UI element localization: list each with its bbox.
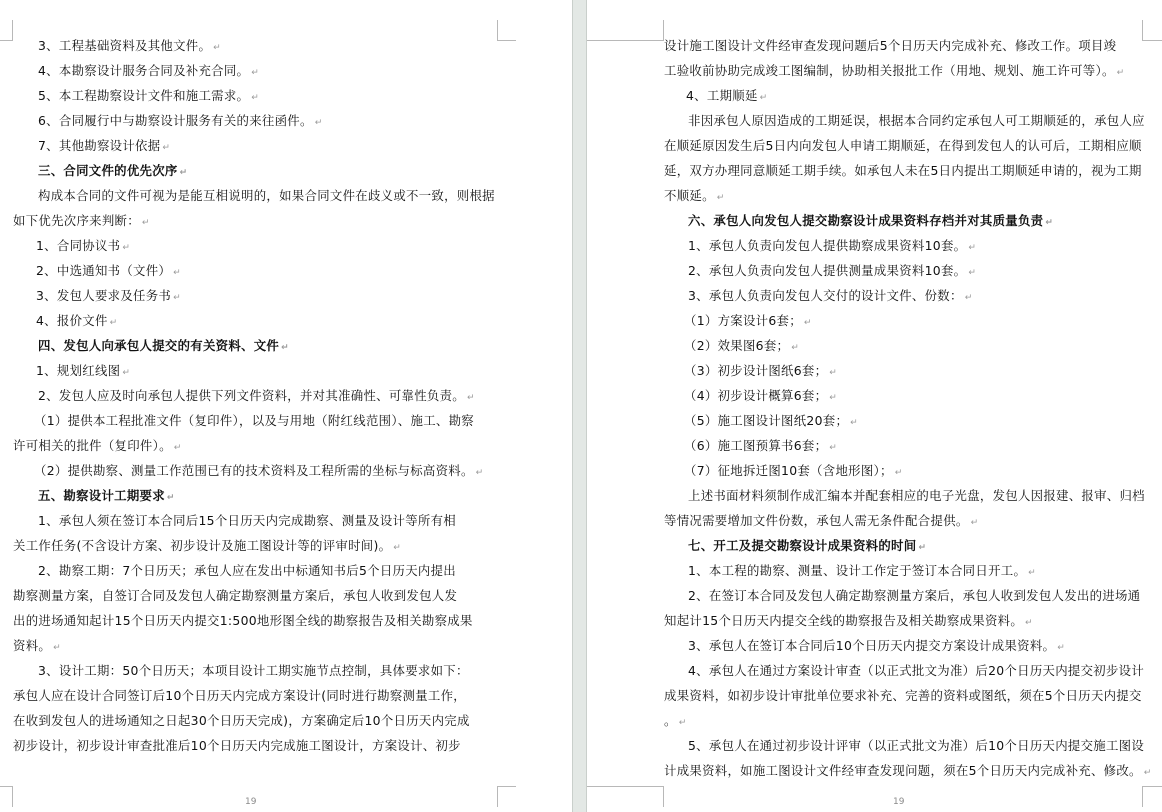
line-text: 设计施工图设计文件经审查发现问题后5个日历天内完成补充、修改工作。项目竣 xyxy=(664,38,1116,53)
text-line: 3、承包人在签订本合同后10个日历天内提交方案设计成果资料。 xyxy=(688,638,1065,654)
text-line: 在顺延原因发生后5日内向发包人申请工期顺延，在得到发包人的认可后，工期相应顺 xyxy=(664,138,1142,154)
line-text: 7、其他勘察设计依据 xyxy=(38,138,160,153)
paragraph-mark-icon xyxy=(174,443,182,453)
text-line: 3、设计工期：50个日历天；本项目设计工期实施节点控制，具体要求如下： xyxy=(38,663,469,679)
line-text: 等情况需要增加文件份数，承包人需无条件配合提供。 xyxy=(664,513,969,528)
line-text: （6）施工图预算书6套； xyxy=(684,438,827,453)
text-line: 4、承包人在通过方案设计审查（以正式批文为准）后20个日历天内提交初步设计 xyxy=(688,663,1144,679)
text-line: 4、报价文件 xyxy=(36,313,117,329)
text-line: 许可相关的批件（复印件）。 xyxy=(13,438,182,454)
line-text: 在顺延原因发生后5日内向发包人申请工期顺延，在得到发包人的认可后，工期相应顺 xyxy=(664,138,1142,153)
paragraph-mark-icon xyxy=(213,43,221,53)
paragraph-mark-icon xyxy=(965,293,973,303)
paragraph-mark-icon xyxy=(971,518,979,528)
text-line: （1）方案设计6套； xyxy=(684,313,812,329)
text-line: 5、承包人在通过初步设计评审（以正式批文为准）后10个日历天内提交施工图设 xyxy=(688,738,1144,754)
line-text: （2）效果图6套； xyxy=(684,338,789,353)
text-line: 4、本勘察设计服务合同及补充合同。 xyxy=(38,63,259,79)
line-text: 如下优先次序来判断： xyxy=(13,213,140,228)
paragraph-mark-icon xyxy=(1028,568,1036,578)
margin-corner-top-left xyxy=(587,20,664,41)
text-line: 勘察测量方案，自签订合同及发包人确定勘察测量方案后，承包人收到发包人发 xyxy=(13,588,457,604)
text-line: 计成果资料，如施工图设计文件经审查发现问题，须在5个日历天内完成补充、修改。 xyxy=(664,763,1152,779)
line-text: 4、承包人在通过方案设计审查（以正式批文为准）后20个日历天内提交初步设计 xyxy=(688,663,1144,678)
paragraph-mark-icon xyxy=(804,318,812,328)
paragraph-mark-icon xyxy=(393,543,401,553)
line-text: 构成本合同的文件可视为是能互相说明的，如果合同文件在歧义或不一致，则根据 xyxy=(38,188,495,203)
text-line: 工验收前协助完成竣工图编制，协助相关报批工作（用地、规划、施工许可等）。 xyxy=(664,63,1125,79)
line-text: 1、本工程的勘察、测量、设计工作定于签订本合同日开工。 xyxy=(688,563,1026,578)
line-text: 2、勘察工期：7个日历天；承包人应在发出中标通知书后5个日历天内提出 xyxy=(38,563,456,578)
section-heading: 三、合同文件的优先次序 xyxy=(38,163,187,179)
line-text: 五、勘察设计工期要求 xyxy=(38,488,165,503)
text-line: 上述书面材料须制作成汇编本并配套相应的电子光盘，发包人因报建、报审、归档 xyxy=(688,488,1145,504)
line-text: 1、承包人须在签订本合同后15个日历天内完成勘察、测量及设计等所有相 xyxy=(38,513,456,528)
text-line: 2、承包人负责向发包人提供测量成果资料10套。 xyxy=(688,263,976,279)
paragraph-mark-icon xyxy=(1025,618,1033,628)
page-gap xyxy=(572,0,587,812)
line-text: 上述书面材料须制作成汇编本并配套相应的电子光盘，发包人因报建、报审、归档 xyxy=(688,488,1145,503)
paragraph-mark-icon xyxy=(968,268,976,278)
paragraph-mark-icon xyxy=(467,393,475,403)
line-text: 3、设计工期：50个日历天；本项目设计工期实施节点控制，具体要求如下： xyxy=(38,663,469,678)
line-text: 知起计15个日历天内提交全线的勘察报告及相关勘察成果资料。 xyxy=(664,613,1023,628)
line-text: 计成果资料，如施工图设计文件经审查发现问题，须在5个日历天内完成补充、修改。 xyxy=(664,763,1142,778)
page-number-footer: 19 xyxy=(893,797,904,807)
text-line: （6）施工图预算书6套； xyxy=(684,438,837,454)
margin-corner-bottom-left xyxy=(587,786,664,807)
line-text: 3、承包人负责向发包人交付的设计文件、份数： xyxy=(688,288,963,303)
text-line: 成果资料，如初步设计审批单位要求补充、完善的资料或图纸，须在5个日历天内提交 xyxy=(664,688,1142,704)
line-text: （1）方案设计6套； xyxy=(684,313,802,328)
document-page-right[interactable]: 设计施工图设计文件经审查发现问题后5个日历天内完成补充、修改工作。项目竣工验收前… xyxy=(587,0,1162,812)
paragraph-mark-icon xyxy=(122,368,130,378)
line-text: 不顺延。 xyxy=(664,188,715,203)
line-text: （1）提供本工程批准文件（复印件），以及与用地（附红线范围）、施工、勘察 xyxy=(34,413,474,428)
paragraph-mark-icon xyxy=(162,143,170,153)
section-heading: 五、勘察设计工期要求 xyxy=(38,488,175,504)
line-text: 1、合同协议书 xyxy=(36,238,120,253)
text-line: 知起计15个日历天内提交全线的勘察报告及相关勘察成果资料。 xyxy=(664,613,1033,629)
line-text: 延，双方办理同意顺延工期手续。如承包人未在5日内提出工期顺延申请的，视为工期 xyxy=(664,163,1142,178)
line-text: 三、合同文件的优先次序 xyxy=(38,163,178,178)
text-line: （5）施工图设计图纸20套； xyxy=(684,413,858,429)
section-heading: 七、开工及提交勘察设计成果资料的时间 xyxy=(688,538,926,554)
text-line: 7、其他勘察设计依据 xyxy=(38,138,170,154)
text-line: （7）征地拆迁图10套（含地形图）； xyxy=(684,463,903,479)
text-line: 如下优先次序来判断： xyxy=(13,213,150,229)
text-line: （3）初步设计图纸6套； xyxy=(684,363,837,379)
line-text: 4、工期顺延 xyxy=(686,88,758,103)
text-line: 1、承包人负责向发包人提供勘察成果资料10套。 xyxy=(688,238,976,254)
line-text: 资料。 xyxy=(13,638,51,653)
paragraph-mark-icon xyxy=(1045,218,1053,228)
text-line: 出的进场通知起计15个日历天内提交1:500地形图全线的勘察报告及相关勘察成果 xyxy=(13,613,473,629)
margin-corner-bottom-left xyxy=(0,786,13,807)
line-text: 。 xyxy=(664,713,677,728)
text-line: 2、在签订本合同及发包人确定勘察测量方案后，承包人收到发包人发出的进场通 xyxy=(688,588,1140,604)
line-text: 七、开工及提交勘察设计成果资料的时间 xyxy=(688,538,916,553)
line-text: （3）初步设计图纸6套； xyxy=(684,363,827,378)
text-line: （1）提供本工程批准文件（复印件），以及与用地（附红线范围）、施工、勘察 xyxy=(34,413,474,429)
margin-corner-top-right xyxy=(497,20,516,41)
section-heading: 六、承包人向发包人提交勘察设计成果资料存档并对其质量负责 xyxy=(688,213,1053,229)
paragraph-mark-icon xyxy=(895,468,903,478)
paragraph-mark-icon xyxy=(315,118,323,128)
line-text: （2）提供勘察、测量工作范围已有的技术资料及工程所需的坐标与标高资料。 xyxy=(34,463,474,478)
text-line: 。 xyxy=(664,713,687,729)
text-line: 延，双方办理同意顺延工期手续。如承包人未在5日内提出工期顺延申请的，视为工期 xyxy=(664,163,1142,179)
line-text: （7）征地拆迁图10套（含地形图）； xyxy=(684,463,893,478)
paragraph-mark-icon xyxy=(968,243,976,253)
text-line: 等情况需要增加文件份数，承包人需无条件配合提供。 xyxy=(664,513,978,529)
text-line: 2、中选通知书（文件） xyxy=(36,263,181,279)
paragraph-mark-icon xyxy=(760,93,768,103)
paragraph-mark-icon xyxy=(1117,68,1125,78)
text-line: 4、工期顺延 xyxy=(686,88,767,104)
line-text: 出的进场通知起计15个日历天内提交1:500地形图全线的勘察报告及相关勘察成果 xyxy=(13,613,473,628)
line-text: 2、承包人负责向发包人提供测量成果资料10套。 xyxy=(688,263,966,278)
line-text: 六、承包人向发包人提交勘察设计成果资料存档并对其质量负责 xyxy=(688,213,1043,228)
text-line: 2、发包人应及时向承包人提供下列文件资料，并对其准确性、可靠性负责。 xyxy=(38,388,475,404)
paragraph-mark-icon xyxy=(679,718,687,728)
line-text: 3、发包人要求及任务书 xyxy=(36,288,171,303)
line-text: 非因承包人原因造成的工期延误，根据本合同约定承包人可工期顺延的，承包人应 xyxy=(688,113,1145,128)
paragraph-mark-icon xyxy=(918,543,926,553)
paragraph-mark-icon xyxy=(717,193,725,203)
text-line: 非因承包人原因造成的工期延误，根据本合同约定承包人可工期顺延的，承包人应 xyxy=(688,113,1145,129)
paragraph-mark-icon xyxy=(1057,643,1065,653)
text-line: 1、承包人须在签订本合同后15个日历天内完成勘察、测量及设计等所有相 xyxy=(38,513,456,529)
page-number-footer: 19 xyxy=(245,797,256,807)
paragraph-mark-icon xyxy=(791,343,799,353)
line-text: 许可相关的批件（复印件）。 xyxy=(13,438,172,453)
paragraph-mark-icon xyxy=(180,168,188,178)
text-line: 2、勘察工期：7个日历天；承包人应在发出中标通知书后5个日历天内提出 xyxy=(38,563,456,579)
text-line: 不顺延。 xyxy=(664,188,725,204)
paragraph-mark-icon xyxy=(850,418,858,428)
text-line: 6、合同履行中与勘察设计服务有关的来往函件。 xyxy=(38,113,323,129)
line-text: 3、工程基础资料及其他文件。 xyxy=(38,38,211,53)
text-line: （2）提供勘察、测量工作范围已有的技术资料及工程所需的坐标与标高资料。 xyxy=(34,463,484,479)
text-line: 构成本合同的文件可视为是能互相说明的，如果合同文件在歧义或不一致，则根据 xyxy=(38,188,495,204)
line-text: 成果资料，如初步设计审批单位要求补充、完善的资料或图纸，须在5个日历天内提交 xyxy=(664,688,1142,703)
text-line: 初步设计，初步设计审查批准后10个日历天内完成施工图设计，方案设计、初步 xyxy=(13,738,461,754)
text-line: 3、工程基础资料及其他文件。 xyxy=(38,38,221,54)
text-line: 1、本工程的勘察、测量、设计工作定于签订本合同日开工。 xyxy=(688,563,1036,579)
paragraph-mark-icon xyxy=(251,93,259,103)
paragraph-mark-icon xyxy=(829,368,837,378)
paragraph-mark-icon xyxy=(167,493,175,503)
line-text: 6、合同履行中与勘察设计服务有关的来往函件。 xyxy=(38,113,313,128)
paragraph-mark-icon xyxy=(1144,768,1152,778)
margin-corner-top-right xyxy=(1142,20,1162,41)
line-text: 5、承包人在通过初步设计评审（以正式批文为准）后10个日历天内提交施工图设 xyxy=(688,738,1144,753)
text-line: （2）效果图6套； xyxy=(684,338,799,354)
paragraph-mark-icon xyxy=(251,68,259,78)
margin-corner-bottom-right xyxy=(1142,786,1162,807)
text-line: 3、承包人负责向发包人交付的设计文件、份数： xyxy=(688,288,973,304)
line-text: 2、在签订本合同及发包人确定勘察测量方案后，承包人收到发包人发出的进场通 xyxy=(688,588,1140,603)
text-line: 3、发包人要求及任务书 xyxy=(36,288,181,304)
paragraph-mark-icon xyxy=(829,393,837,403)
paragraph-mark-icon xyxy=(173,293,181,303)
text-line: 5、本工程勘察设计文件和施工需求。 xyxy=(38,88,259,104)
line-text: （5）施工图设计图纸20套； xyxy=(684,413,848,428)
line-text: 1、规划红线图 xyxy=(36,363,120,378)
margin-corner-bottom-right xyxy=(497,786,516,807)
margin-corner-top-left xyxy=(0,20,13,41)
paragraph-mark-icon xyxy=(281,343,289,353)
section-heading: 四、发包人向承包人提交的有关资料、文件 xyxy=(38,338,289,354)
line-text: 4、本勘察设计服务合同及补充合同。 xyxy=(38,63,249,78)
text-line: 1、合同协议书 xyxy=(36,238,130,254)
line-text: 初步设计，初步设计审查批准后10个日历天内完成施工图设计，方案设计、初步 xyxy=(13,738,461,753)
text-line: 设计施工图设计文件经审查发现问题后5个日历天内完成补充、修改工作。项目竣 xyxy=(664,38,1116,54)
line-text: 4、报价文件 xyxy=(36,313,108,328)
paragraph-mark-icon xyxy=(476,468,484,478)
line-text: 1、承包人负责向发包人提供勘察成果资料10套。 xyxy=(688,238,966,253)
line-text: 勘察测量方案，自签订合同及发包人确定勘察测量方案后，承包人收到发包人发 xyxy=(13,588,457,603)
line-text: 关工作任务(不含设计方案、初步设计及施工图设计等的评审时间)。 xyxy=(13,538,391,553)
text-line: 在收到发包人的进场通知之日起30个日历天完成)，方案确定后10个日历天内完成 xyxy=(13,713,470,729)
paragraph-mark-icon xyxy=(110,318,118,328)
line-text: 四、发包人向承包人提交的有关资料、文件 xyxy=(38,338,279,353)
text-line: 1、规划红线图 xyxy=(36,363,130,379)
paragraph-mark-icon xyxy=(173,268,181,278)
line-text: 2、中选通知书（文件） xyxy=(36,263,171,278)
line-text: 3、承包人在签订本合同后10个日历天内提交方案设计成果资料。 xyxy=(688,638,1055,653)
line-text: 5、本工程勘察设计文件和施工需求。 xyxy=(38,88,249,103)
text-line: 资料。 xyxy=(13,638,61,654)
line-text: 工验收前协助完成竣工图编制，协助相关报批工作（用地、规划、施工许可等）。 xyxy=(664,63,1115,78)
line-text: 2、发包人应及时向承包人提供下列文件资料，并对其准确性、可靠性负责。 xyxy=(38,388,465,403)
text-line: 关工作任务(不含设计方案、初步设计及施工图设计等的评审时间)。 xyxy=(13,538,401,554)
paragraph-mark-icon xyxy=(142,218,150,228)
line-text: 在收到发包人的进场通知之日起30个日历天完成)，方案确定后10个日历天内完成 xyxy=(13,713,470,728)
paragraph-mark-icon xyxy=(53,643,61,653)
line-text: 承包人应在设计合同签订后10个日历天内完成方案设计(同时进行勘察测量工作， xyxy=(13,688,466,703)
document-page-left[interactable]: 3、工程基础资料及其他文件。4、本勘察设计服务合同及补充合同。5、本工程勘察设计… xyxy=(0,0,572,812)
text-line: 承包人应在设计合同签订后10个日历天内完成方案设计(同时进行勘察测量工作， xyxy=(13,688,466,704)
text-line: （4）初步设计概算6套； xyxy=(684,388,837,404)
line-text: （4）初步设计概算6套； xyxy=(684,388,827,403)
paragraph-mark-icon xyxy=(829,443,837,453)
paragraph-mark-icon xyxy=(122,243,130,253)
